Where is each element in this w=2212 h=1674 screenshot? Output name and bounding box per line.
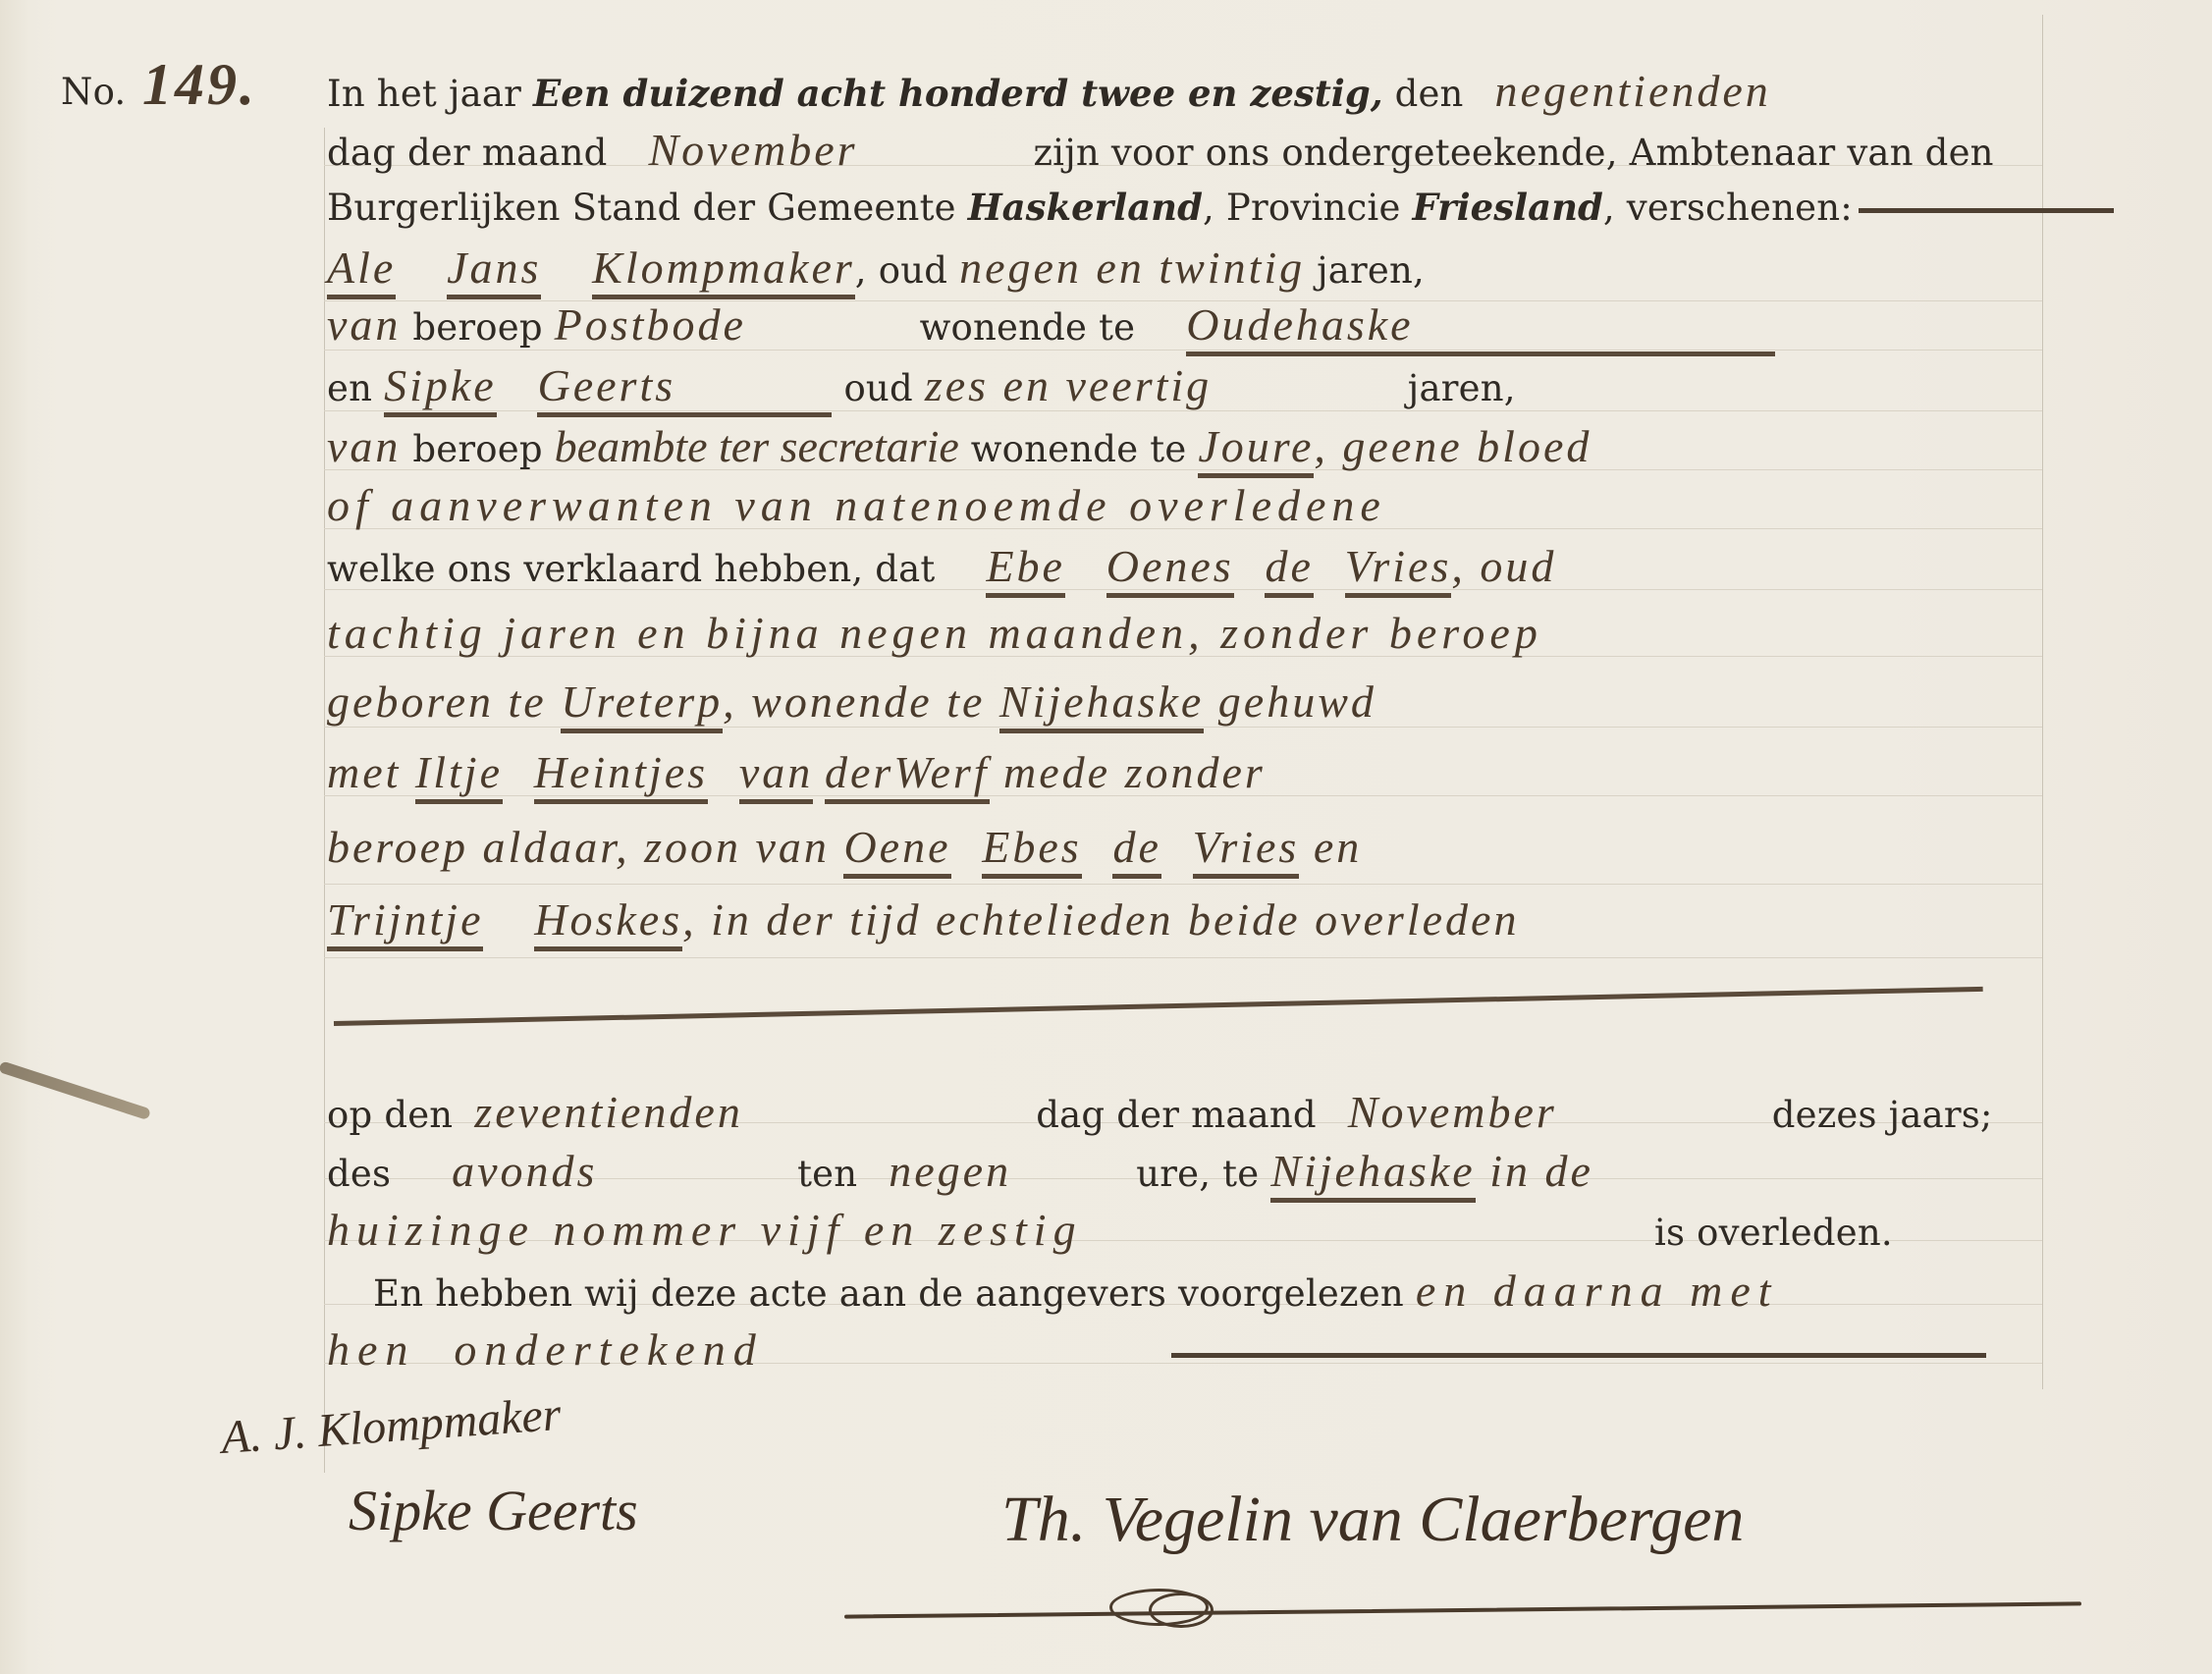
printed-text: Burgerlijken Stand der Gemeente [327, 187, 968, 229]
printed-text: , verschenen: [1603, 187, 1853, 229]
witness1-residence: Oudehaske [1186, 300, 1775, 356]
father-patronym: Ebes [982, 822, 1081, 879]
witness2-patronym: Geerts [537, 361, 832, 417]
line-9: welke ons verklaard hebben, dat Ebe Oene… [327, 542, 1556, 594]
witness2-residence: Joure [1198, 421, 1314, 478]
handwritten-text: , in der tijd echtelieden beide overlede… [682, 894, 1519, 945]
line-18: En hebben wij deze acte aan de aangevers… [373, 1267, 1779, 1319]
binding-string [0, 1060, 151, 1120]
line-10: tachtig jaren en bijna negen maanden, zo… [327, 609, 1542, 661]
handwritten-text: en daarna met [1416, 1266, 1779, 1316]
printed-text: en [327, 367, 384, 409]
deceased-residence: Nijehaske [999, 676, 1204, 733]
line-12: met Iltje Heintjes van derWerf mede zond… [327, 748, 1266, 800]
fill-line [1171, 1353, 1986, 1358]
printed-text: ten [785, 1153, 869, 1195]
line-1: In het jaar Een duizend acht honderd twe… [327, 67, 1771, 119]
handwritten-text: van [327, 299, 401, 350]
signature-witness2: Sipke Geerts [349, 1478, 638, 1543]
signature-witness1: A. J. Klompmaker [220, 1387, 564, 1465]
handwritten-text: gehuwd [1204, 676, 1376, 727]
printed-text: dag der maand [1024, 1094, 1327, 1136]
spouse-first-name: Iltje [415, 747, 503, 804]
document-page: No. 149. In het jaar Een duizend acht ho… [0, 0, 2212, 1674]
death-month: November [1328, 1088, 1760, 1137]
deceased-age-occupation: tachtig jaren en bijna negen maanden, zo… [327, 608, 1542, 658]
printed-text: wonende te [908, 306, 1148, 349]
witness2-occupation: beambte ter secretarie [555, 421, 959, 471]
deceased-surname: Vries [1345, 541, 1452, 598]
printed-text: jaren, [1305, 249, 1425, 292]
left-margin-rule [324, 128, 325, 1473]
deceased-first-name: Ebe [986, 541, 1065, 598]
handwritten-text: met [327, 747, 415, 797]
death-time-of-day: avonds [403, 1147, 785, 1196]
witness1-occupation: Postbode [555, 300, 908, 350]
handwritten-text: in de [1476, 1146, 1593, 1196]
line-17: huizinge nommer vijf en zestig is overle… [327, 1206, 1893, 1258]
spouse-surname-prefix: der [825, 747, 893, 804]
printed-provincie: Friesland [1413, 186, 1603, 229]
spouse-surname-prefix: van [739, 747, 813, 804]
printed-text: ure, te [1124, 1153, 1270, 1195]
line-5: van beroep Postbode wonende te Oudehaske [327, 300, 1775, 356]
printed-text: dag der maand [327, 132, 620, 174]
line-7: van beroep beambte ter secretarie wonend… [327, 422, 1592, 474]
handwritten-text: en [1299, 822, 1362, 872]
line-4: Ale Jans Klompmaker, oud negen en twinti… [327, 243, 1425, 296]
deceased-patronym: Oenes [1106, 541, 1234, 598]
handwritten-text: mede zonder [990, 747, 1266, 797]
handwritten-text: of aanverwanten van natenoemde overleden… [327, 480, 1386, 530]
line-2: dag der maand November zijn voor ons ond… [327, 126, 1994, 178]
signature-flourish [844, 1601, 2081, 1618]
handwritten-month: November [620, 126, 1022, 175]
witness2-first-name: Sipke [384, 360, 497, 417]
death-place: Nijehaske [1270, 1146, 1475, 1203]
father-surname-prefix: de [1112, 822, 1160, 879]
fill-line [1859, 208, 2114, 213]
spouse-patronym: Heintjes [534, 747, 708, 804]
witness2-age: zes en veertig [925, 361, 1396, 410]
printed-year: Een duizend acht honderd twee en zestig, [533, 72, 1383, 115]
printed-text: welke ons verklaard hebben, dat [327, 548, 946, 590]
printed-gemeente: Haskerland [968, 186, 1203, 229]
signature-official: Th. Vegelin van Claerbergen [1001, 1483, 1744, 1557]
printed-text: wonende te [959, 428, 1199, 470]
witness1-patronym: Jans [447, 243, 541, 299]
line-16: des avonds ten negen ure, te Nijehaske i… [327, 1147, 1593, 1199]
mother-patronym: Hoskes [534, 894, 682, 951]
deceased-surname-prefix: de [1265, 541, 1313, 598]
printed-text: jaren, [1396, 367, 1516, 409]
deceased-birthplace: Ureterp [561, 676, 723, 733]
record-number: 149. [142, 51, 257, 119]
printed-text: beroep [401, 428, 554, 470]
father-surname: Vries [1193, 822, 1300, 879]
mother-first-name: Trijntje [327, 894, 483, 951]
handwritten-text: geboren te [327, 676, 561, 727]
printed-text: dezes jaars; [1760, 1094, 1993, 1136]
printed-text: , Provincie [1203, 187, 1413, 229]
line-14: Trijntje Hoskes, in der tijd echtelieden… [327, 895, 1519, 947]
handwritten-text: beroep aldaar, zoon van [327, 822, 843, 872]
record-number-label: No. [61, 71, 126, 113]
signature-flourish-loop [1149, 1593, 1214, 1628]
line-6: en Sipke Geerts oud zes en veertig jaren… [327, 361, 1516, 417]
handwritten-text: van [327, 421, 401, 471]
ruled-line [324, 884, 2042, 885]
spouse-surname: Werf [893, 747, 989, 804]
printed-text: den [1383, 73, 1476, 115]
handwritten-text: hen ondertekend [327, 1325, 1171, 1375]
closing-stroke [334, 987, 1983, 1026]
printed-text: des [327, 1153, 403, 1195]
handwritten-text: , wonende te [723, 676, 999, 727]
witness1-age: negen en twintig [959, 243, 1305, 293]
witness1-surname: Klompmaker [592, 243, 855, 299]
father-first-name: Oene [843, 822, 950, 879]
handwritten-day: negentienden [1495, 66, 1771, 116]
printed-text: beroep [401, 306, 554, 349]
witness1-first-name: Ale [327, 243, 396, 299]
death-day: zeventienden [464, 1088, 1024, 1137]
death-hour: negen [869, 1147, 1124, 1196]
handwritten-text: , oud [1451, 541, 1556, 591]
line-15: op den zeventienden dag der maand Novemb… [327, 1088, 1993, 1140]
printed-text: In het jaar [327, 73, 533, 115]
printed-text: oud [832, 367, 924, 409]
line-19: hen ondertekend [327, 1325, 1986, 1377]
line-3: Burgerlijken Stand der Gemeente Haskerla… [327, 183, 2114, 233]
printed-text: , oud [855, 249, 959, 292]
ruled-line [324, 957, 2042, 958]
line-13: beroep aldaar, zoon van Oene Ebes de Vri… [327, 823, 1362, 875]
death-house-number: huizinge nommer vijf en zestig [327, 1206, 1643, 1255]
line-11: geboren te Ureterp, wonende te Nijehaske… [327, 677, 1376, 729]
line-8: of aanverwanten van natenoemde overleden… [327, 481, 1386, 533]
handwritten-text: , geene bloed [1314, 421, 1592, 471]
printed-text: En hebben wij deze acte aan de aangevers… [373, 1272, 1416, 1315]
printed-text: op den [327, 1094, 464, 1136]
printed-text: is overleden. [1643, 1212, 1893, 1254]
printed-text: zijn voor ons ondergeteekende, Ambtenaar… [1022, 132, 1994, 174]
